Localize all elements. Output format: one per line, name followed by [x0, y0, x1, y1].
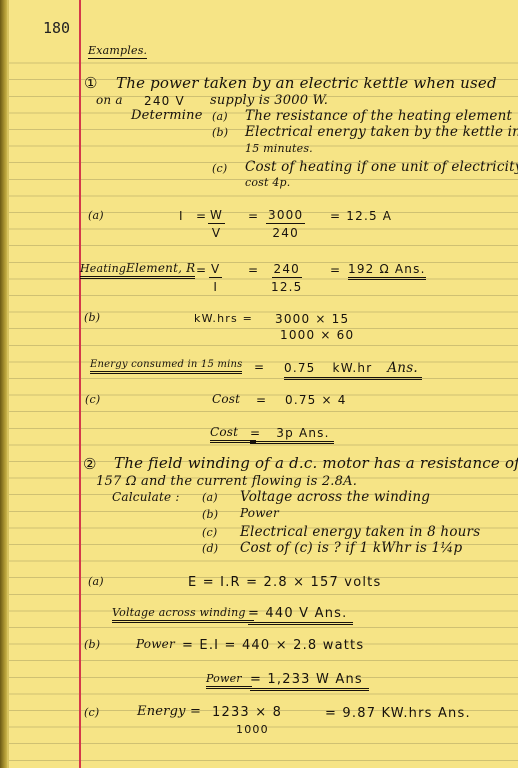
part-c-label: (c): [212, 162, 227, 175]
part-a-label: (a): [212, 110, 228, 123]
example-2-line-2: 157 Ω and the current flowing is 2.8A.: [96, 474, 357, 489]
binding-shadow: [7, 0, 9, 768]
ex2-sol-a-label: (a): [88, 575, 104, 588]
sol-a-eq: =: [196, 209, 207, 223]
numerator: W: [208, 208, 225, 224]
sol-c-eq: =: [256, 393, 267, 407]
ex2-part-b-label: (b): [202, 508, 218, 521]
example-1-line-2-post: supply is 3000 W.: [210, 93, 328, 108]
voltage-answer-rhs: = 440 V Ans.: [248, 606, 353, 625]
part-b-text: Electrical energy taken by the kettle in: [245, 124, 518, 140]
sol-b-numerator: 3000 × 15: [275, 312, 349, 326]
notebook-page: 180 Examples. ① The power taken by an el…: [0, 0, 518, 768]
numerator: 240: [272, 262, 303, 278]
sol-a-result: = 12.5 A: [330, 209, 392, 223]
energy-answer-eq: =: [254, 360, 265, 374]
heading: Examples.: [88, 44, 147, 59]
sol-c-expr: 0.75 × 4: [285, 393, 347, 407]
ex2-part-d-text: Cost of (c) is ? if 1 kWhr is 1¼p: [240, 540, 462, 556]
sol-r-eq: =: [196, 263, 207, 277]
ex2-sol-b-label: (b): [84, 638, 100, 651]
example-1-marker: ①: [84, 74, 98, 92]
cost-answer-rhs: = 3p Ans.: [250, 426, 334, 444]
ex2-part-a-label: (a): [202, 491, 218, 504]
denominator: 12.5: [271, 278, 303, 294]
voltage-answer-lhs: Voltage across winding: [112, 606, 254, 623]
cost-value: 3p Ans.: [276, 426, 329, 440]
example-1-line-2-pre: on a: [96, 93, 123, 107]
cost-eq: =: [250, 426, 261, 440]
part-c-text: Cost of heating if one unit of electrici…: [245, 159, 518, 175]
sol-r-fraction-values: 240 12.5: [271, 262, 303, 294]
binding-edge: [0, 0, 7, 768]
ex2-part-a-text: Voltage across the winding: [240, 489, 430, 505]
power-answer-rhs: = 1,233 W Ans: [250, 672, 369, 691]
sol-b-lhs: kW.hrs =: [194, 312, 253, 325]
sol-b-denominator: 1000 × 60: [280, 328, 354, 342]
part-b-label: (b): [212, 126, 228, 139]
ex2-sol-b-lhs: Power: [136, 637, 175, 651]
sol-r-lhs-b: Element, R: [126, 261, 195, 279]
ex2-sol-c-label: (c): [84, 706, 99, 719]
sol-c-lhs: Cost: [212, 392, 240, 406]
calculate-label: Calculate :: [112, 490, 180, 504]
page-number: 180: [43, 19, 70, 37]
example-1-line-1: The power taken by an electric kettle wh…: [116, 74, 497, 92]
margin-line: [79, 0, 81, 768]
ex2-sol-c-lhs: Energy =: [137, 704, 201, 719]
denominator: V: [212, 224, 221, 240]
ex2-sol-a-expr: E = I.R = 2.8 × 157 volts: [188, 575, 381, 590]
sol-a-eq2: =: [248, 209, 259, 223]
ex2-sol-c-result: = 9.87 KW.hrs Ans.: [325, 706, 471, 721]
sol-c-label: (c): [85, 393, 100, 406]
sol-a-label: (a): [88, 209, 104, 222]
part-c-text-cont: cost 4p.: [245, 176, 290, 189]
ex2-part-b-text: Power: [240, 506, 279, 520]
energy-answer-lhs: Energy consumed in 15 mins: [90, 359, 242, 374]
power-answer-lhs: Power: [206, 672, 252, 689]
example-1-voltage: 240 V: [144, 94, 185, 108]
denominator: 240: [272, 224, 299, 240]
denominator: I: [213, 278, 218, 294]
sol-r-answer: 192 Ω Ans.: [348, 262, 426, 280]
ex2-part-c-label: (c): [202, 526, 217, 539]
energy-ans: Ans.: [387, 360, 417, 376]
ex2-sol-b-expr: = E.I = 440 × 2.8 watts: [182, 638, 364, 653]
ex2-sol-c-den: 1000: [236, 723, 269, 736]
example-2-marker: ②: [83, 455, 97, 473]
sol-r-fraction-vi: V I: [209, 262, 222, 294]
energy-answer-value: 0.75 kW.hr Ans.: [284, 360, 422, 380]
determine-label: Determine: [131, 108, 203, 123]
sol-a-fraction-wv: W V: [208, 208, 225, 240]
sol-r-lhs-a: Heating: [80, 262, 126, 279]
sol-r-eq2: =: [248, 263, 259, 277]
part-b-text-cont: 15 minutes.: [245, 142, 313, 155]
numerator: V: [209, 262, 222, 278]
sol-a-fraction-values: 3000 240: [266, 208, 305, 240]
energy-value: 0.75: [284, 361, 316, 375]
part-a-text: The resistance of the heating element: [245, 108, 512, 124]
ex2-part-d-label: (d): [202, 542, 218, 555]
ex2-sol-c-num: 1233 × 8: [212, 705, 282, 720]
sol-b-label: (b): [84, 311, 100, 324]
sol-r-eq3: =: [330, 263, 341, 277]
ex2-part-c-text: Electrical energy taken in 8 hours: [240, 524, 480, 540]
example-2-line-1: The field winding of a d.c. motor has a …: [114, 454, 518, 472]
numerator: 3000: [266, 208, 305, 224]
sol-a-lhs: I: [179, 209, 184, 223]
energy-unit: kW.hr: [333, 361, 373, 375]
